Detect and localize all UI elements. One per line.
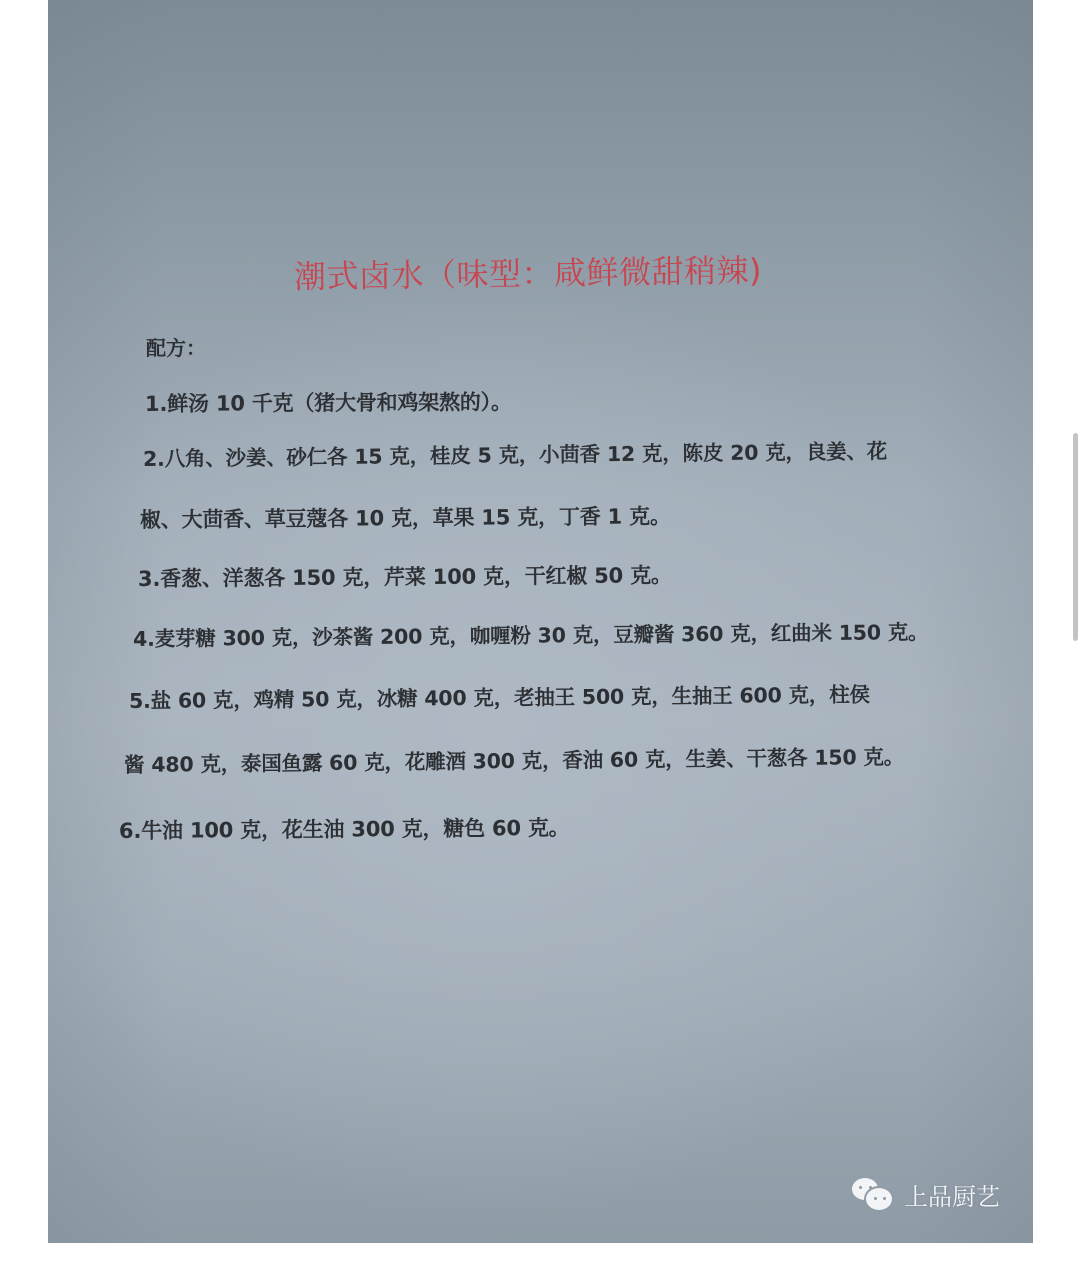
ingredient-line-2-cont: 椒、大茴香、草豆蔻各 10 克，草果 15 克，丁香 1 克。 xyxy=(140,500,671,534)
watermark: 上品厨艺 xyxy=(850,1176,1000,1212)
ingredient-line-2: 2.八角、沙姜、砂仁各 15 克，桂皮 5 克，小茴香 12 克，陈皮 20 克… xyxy=(143,434,887,472)
ingredient-line-3: 3.香葱、洋葱各 150 克，芹菜 100 克，干红椒 50 克。 xyxy=(138,559,672,593)
wechat-icon xyxy=(850,1176,896,1212)
ingredient-line-4: 4.麦芽糖 300 克，沙茶酱 200 克，咖喱粉 30 克，豆瓣酱 360 克… xyxy=(133,615,929,652)
recipe-title: 潮式卤水（味型：咸鲜微甜稍辣) xyxy=(294,245,763,298)
ingredient-line-5: 5.盐 60 克，鸡精 50 克，冰糖 400 克，老抽王 500 克，生抽王 … xyxy=(129,678,870,714)
ingredient-line-5-cont: 酱 480 克，泰国鱼露 60 克，花雕酒 300 克，香油 60 克，生姜、干… xyxy=(124,740,904,778)
ingredient-line-6: 6.牛油 100 克，花生油 300 克，糖色 60 克。 xyxy=(119,812,570,845)
recipe-photo: 潮式卤水（味型：咸鲜微甜稍辣) 配方： 1.鲜汤 10 千克（猪大骨和鸡架熬的）… xyxy=(48,0,1033,1243)
ingredient-line-1: 1.鲜汤 10 千克（猪大骨和鸡架熬的）。 xyxy=(145,386,512,418)
formula-label: 配方： xyxy=(146,332,206,361)
page: 潮式卤水（味型：咸鲜微甜稍辣) 配方： 1.鲜汤 10 千克（猪大骨和鸡架熬的）… xyxy=(0,0,1080,1270)
watermark-text: 上品厨艺 xyxy=(904,1177,1000,1212)
scrollbar-thumb[interactable] xyxy=(1073,433,1078,641)
